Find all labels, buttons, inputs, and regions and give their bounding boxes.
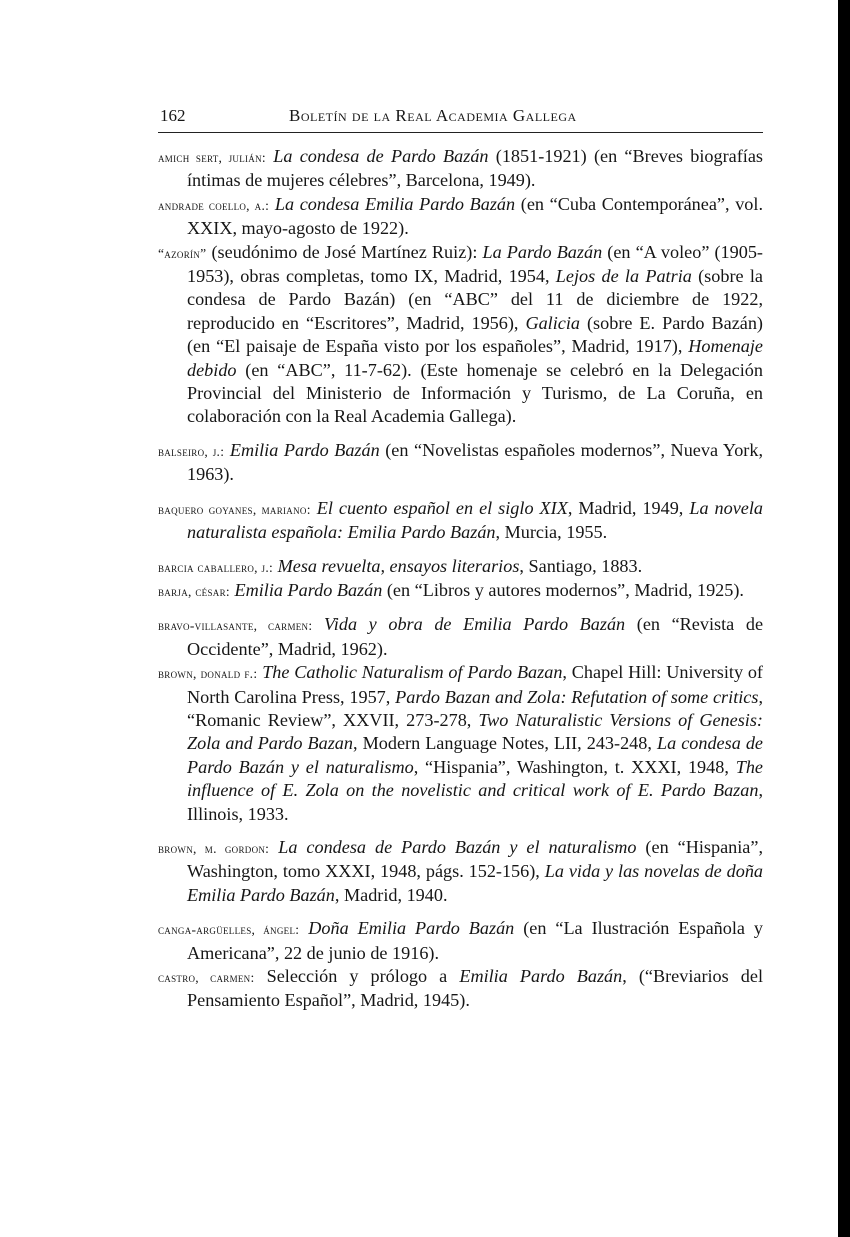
entry-text: (en “Libros y autores modernos”, Madrid,… <box>382 580 744 600</box>
bibliography-entry: BARCIA CABALLERO, J.: Mesa revuelta, ens… <box>158 555 763 579</box>
entry-title: El cuento español en el siglo XIX <box>317 498 568 518</box>
entry-author: ANDRADE COELLO, A.: <box>158 198 269 213</box>
entry-author: “AZORÍN” <box>158 246 206 261</box>
bibliography-entry: BALSEIRO, J.: Emilia Pardo Bazán (en “No… <box>158 439 763 487</box>
bibliography-entry: CANGA-ARGÜELLES, ÁNGEL: Doña Emilia Pard… <box>158 917 763 965</box>
bibliography-list: AMICH SERT, JULIÁN: La condesa de Pardo … <box>158 145 763 1013</box>
entry-title: Lejos de la Patria <box>556 266 692 286</box>
entry-text: , Murcia, 1955. <box>496 522 608 542</box>
entry-text: , Modern Language Notes, LII, 243-248, <box>353 733 657 753</box>
page-number: 162 <box>160 106 186 126</box>
entry-title: Pardo Bazan and Zola: Refutation of some… <box>395 687 758 707</box>
running-head: Boletín de la Real Academia Gallega <box>289 106 577 126</box>
entry-author: BROWN, DONALD F.: <box>158 666 257 681</box>
bibliography-entry: BAQUERO GOYANES, MARIANO: El cuento espa… <box>158 497 763 545</box>
entry-title: Galicia <box>525 313 580 333</box>
entry-author: AMICH SERT, JULIÁN: <box>158 150 266 165</box>
entry-author: CASTRO, CARMEN: <box>158 970 255 985</box>
entry-title: The Catholic Naturalism of Pardo Bazan <box>262 662 562 682</box>
entry-author: BARCIA CABALLERO, J.: <box>158 560 273 575</box>
entry-author: BALSEIRO, J.: <box>158 444 224 459</box>
entry-title: Doña Emilia Pardo Bazán <box>308 918 514 938</box>
entry-text: (en “ABC”, 11-7-62). (Este homenaje se c… <box>187 360 763 427</box>
bibliography-entry: ANDRADE COELLO, A.: La condesa Emilia Pa… <box>158 193 763 241</box>
entry-title: Mesa revuelta, ensayos literarios <box>278 556 520 576</box>
entry-author: BARJA, CÉSAR: <box>158 584 230 599</box>
entry-text: , Madrid, 1949, <box>568 498 690 518</box>
bibliography-entry: BROWN, M. GORDON: La condesa de Pardo Ba… <box>158 836 763 907</box>
entry-text: Selección y prólogo a <box>255 966 460 986</box>
page-header: 162 Boletín de la Real Academia Gallega <box>158 104 763 133</box>
entry-text: , Madrid, 1940. <box>335 885 448 905</box>
scan-edge-shadow <box>838 0 850 1237</box>
entry-text <box>312 614 324 634</box>
document-page: 162 Boletín de la Real Academia Gallega … <box>158 104 763 1013</box>
entry-title: La condesa de Pardo Bazán <box>273 146 488 166</box>
entry-author: BROWN, M. GORDON: <box>158 841 269 856</box>
bibliography-entry: BARJA, CÉSAR: Emilia Pardo Bazán (en “Li… <box>158 579 763 603</box>
entry-text <box>299 918 308 938</box>
entry-author: BAQUERO GOYANES, MARIANO: <box>158 502 311 517</box>
bibliography-entry: BROWN, DONALD F.: The Catholic Naturalis… <box>158 661 763 826</box>
entry-title: Emilia Pardo Bazán <box>234 580 382 600</box>
entry-title: Emilia Pardo Bazán <box>230 440 380 460</box>
bibliography-entry: “AZORÍN” (seudónimo de José Martínez Rui… <box>158 241 763 429</box>
entry-text: (seudónimo de José Martínez Ruiz): <box>206 242 482 262</box>
entry-title: La Pardo Bazán <box>482 242 602 262</box>
entry-author: BRAVO-VILLASANTE, CARMEN: <box>158 618 312 633</box>
entry-title: Emilia Pardo Bazán <box>459 966 622 986</box>
entry-author: CANGA-ARGÜELLES, ÁNGEL: <box>158 922 299 937</box>
bibliography-entry: AMICH SERT, JULIÁN: La condesa de Pardo … <box>158 145 763 193</box>
entry-text <box>269 837 278 857</box>
entry-title: La condesa Emilia Pardo Bazán <box>275 194 515 214</box>
entry-text: , Santiago, 1883. <box>519 556 642 576</box>
entry-title: La condesa de Pardo Bazán y el naturalis… <box>278 837 636 857</box>
entry-title: Vida y obra de Emilia Pardo Bazán <box>324 614 625 634</box>
bibliography-entry: CASTRO, CARMEN: Selección y prólogo a Em… <box>158 965 763 1013</box>
bibliography-entry: BRAVO-VILLASANTE, CARMEN: Vida y obra de… <box>158 613 763 661</box>
entry-text: , “Hispania”, Washington, t. XXXI, 1948, <box>414 757 736 777</box>
